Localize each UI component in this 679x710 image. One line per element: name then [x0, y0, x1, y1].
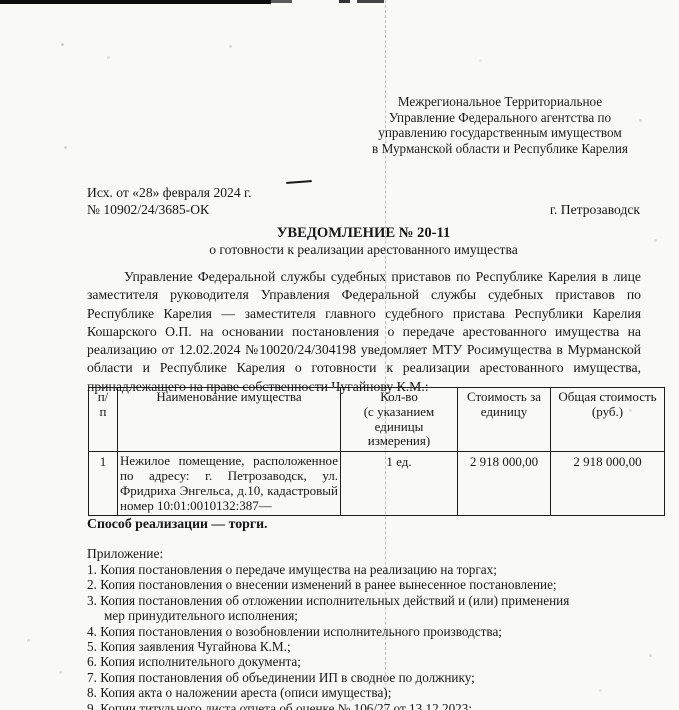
property-total-price: 2 918 000,00 [551, 452, 665, 516]
outgoing-date: Исх. от «28» февраля 2024 г. [87, 185, 251, 201]
attachment-item: 1. Копия постановления о передаче имущес… [87, 562, 592, 577]
attachment-item: 8. Копия акта о наложении ареста (описи … [87, 685, 592, 700]
letterhead-line: в Мурманской области и Республике Карели… [358, 141, 642, 157]
title-number: УВЕДОМЛЕНИЕ № 20-11 [87, 225, 640, 242]
scan-noise-speckles [0, 0, 1, 1]
header-name: Наименование имущества [118, 388, 341, 452]
header-total: Общая стоимость (руб.) [551, 388, 665, 452]
title-subtitle: о готовности к реализации арестованного … [87, 242, 640, 258]
attachments-label: Приложение: [87, 546, 163, 562]
attachment-item: 9. Копии титульного листа отчета об оцен… [87, 701, 592, 710]
letterhead-line: Управление Федерального агентства по [358, 110, 642, 126]
scanned-notification-document: Межрегиональное Территориальное Управлен… [0, 0, 679, 710]
table-header-row: п/ п Наименование имущества Кол-во (с ук… [89, 388, 665, 452]
letterhead-line: управлению государственным имуществом [358, 125, 642, 141]
property-quantity: 1 ед. [341, 452, 458, 516]
scan-edge-artifact [339, 0, 350, 3]
attachments-list: 1. Копия постановления о передаче имущес… [87, 562, 592, 710]
document-title: УВЕДОМЛЕНИЕ № 20-11 о готовности к реали… [87, 225, 640, 258]
outgoing-number: № 10902/24/3685-ОК [87, 202, 209, 218]
attachment-item: 3. Копия постановления об отложении испо… [87, 593, 592, 624]
property-table: п/ п Наименование имущества Кол-во (с ук… [88, 387, 665, 516]
table-row: 1 Нежилое помещение, расположенное по ад… [89, 452, 665, 516]
attachment-item: 7. Копия постановления об объединении ИП… [87, 670, 592, 685]
attachment-item: 5. Копия заявления Чугайнова К.М.; [87, 639, 592, 654]
letterhead-line: Межрегиональное Территориальное [358, 94, 642, 110]
body-paragraph: Управление Федеральной службы судебных п… [87, 268, 641, 396]
attachment-item: 4. Копия постановления о возобновлении и… [87, 624, 592, 639]
header-qty: Кол-во (с указанием единицы измерения) [341, 388, 458, 452]
header-unit-price: Стоимость за единицу [458, 388, 551, 452]
realization-method: Способ реализации — торги. [87, 516, 268, 532]
attachment-item: 6. Копия исполнительного документа; [87, 654, 592, 669]
property-description: Нежилое помещение, расположенное по адре… [118, 452, 341, 516]
city-label: г. Петрозаводск [550, 202, 640, 218]
letterhead: Межрегиональное Территориальное Управлен… [358, 94, 642, 156]
scan-edge-artifact [0, 0, 271, 4]
scan-edge-artifact [271, 0, 292, 3]
property-unit-price: 2 918 000,00 [458, 452, 551, 516]
scan-edge-artifact [357, 0, 384, 3]
pen-mark [286, 180, 312, 184]
attachment-item: 2. Копия постановления о внесении измене… [87, 577, 592, 592]
row-number: 1 [89, 452, 118, 516]
header-num: п/ п [89, 388, 118, 452]
